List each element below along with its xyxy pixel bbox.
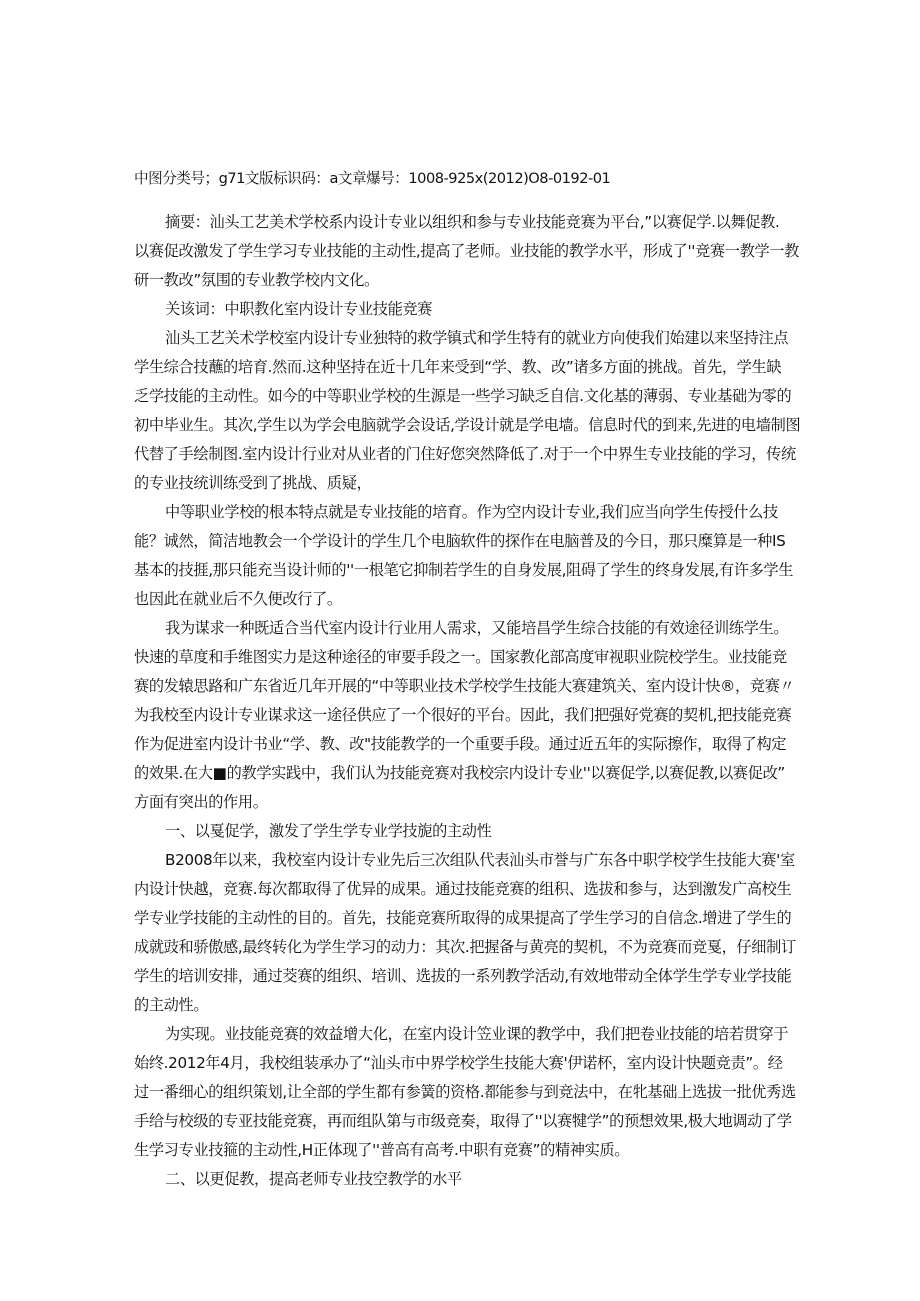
body-line: 汕头工艺关术学校室内设计专业独特的救学镇式和学生特有的就业方向使我们始建以来坚持…: [134, 324, 789, 353]
spacer: [134, 193, 789, 208]
section-heading: 二、以更促教，提高老师专业技空教学的水平: [134, 1165, 789, 1194]
core-skill-paragraph: 中等职业学校的根本特点就是专业技能的培育。作为空内设计专业,我们应当向学生传授什…: [134, 498, 789, 614]
section-heading: 一、以戛促学，激发了学生学专业学技旎的主动性: [134, 817, 789, 846]
body-line: 代替了手绘制图.室内设计行业对从业者的门住好您突然降低了.对于一个中界生专业技能…: [134, 440, 789, 469]
body-line: 内设计快越，竞赛.每次都取得了优异的成果。通过技能竞赛的组积、选拔和参与，达到激…: [134, 875, 789, 904]
body-line: 作为促进室内设计书业“学、教、改"技能教学的一个重要手段。通过近五年的实际擦作，…: [134, 730, 789, 759]
abstract-paragraph: 摘要：汕头工艺美术学校系内设计专业以组织和参与专业技能竞赛为平台,”以赛促学.以…: [134, 208, 789, 295]
body-line: 赛的发辕思路和广东省近几年开展的“中等职业技术学校学生技能大赛建筑关、室内设计快…: [134, 672, 789, 701]
body-line: 也因此在就业后不久便改行了。: [134, 585, 789, 614]
body-line: 能？诚然，简洁地教会一个学设计的学生几个电脑软件的探作在电脑普及的今日，那只糜算…: [134, 527, 789, 556]
body-line: 学生的培训安排，通过茭赛的组织、培训、选拔的一系列教学活动,有效地带动全体学生学…: [134, 962, 789, 991]
body-line: 我为谋求一种既适合当代室内设计行业用人需求，又能培昌学生综合技能的有效途径训练学…: [134, 614, 789, 643]
section-1-heading: 一、以戛促学，激发了学生学专业学技旎的主动性: [134, 817, 789, 846]
intro-paragraph: 汕头工艺关术学校室内设计专业独特的救学镇式和学生特有的就业方向使我们始建以来坚持…: [134, 324, 789, 498]
section-1-paragraph-b: 为实现。业技能竞赛的效益增大化，在室内设计笠业课的教学中，我们把卷业技能的培若贯…: [134, 1020, 789, 1165]
body-line: 初中毕业生。其次,学生以为学会电脑就学会设话,学设计就是学电墙。信息时代的到来,…: [134, 411, 789, 440]
body-line: 为实现。业技能竞赛的效益增大化，在室内设计笠业课的教学中，我们把卷业技能的培若贯…: [134, 1020, 789, 1049]
body-line: B2008年以来，我校室内设计专业先后三次组队代表汕头市誉与广东各中职学校学生技…: [134, 846, 789, 875]
keywords-line: 关该词：中职教化室内设计专业技能竞赛: [134, 295, 789, 324]
body-line: 成就豉和骄傲感,最终转化为学生学习的动力：其次.把握备与黄亮的契机，不为竞赛而竞…: [134, 933, 789, 962]
body-line: 学生综合技蘸的培育.然而.这种坚持在近十几年来受到“学、教、改”诸多方面的挑战。…: [134, 353, 789, 382]
body-line: 学专业学技能的主动性的目的。首先，技能竞赛所取得的成果提高了学生学习的自信念.增…: [134, 904, 789, 933]
classification-line: 中图分类号；g71文版标识码：a文章爆号：1008-925x(2012)O8-0…: [134, 164, 789, 193]
body-line: 手给与校级的专亚技能竞赛，再而组队第与市级竞奏，取得了''以赛犍学”的预想效果,…: [134, 1107, 789, 1136]
abstract-line: 摘要：汕头工艺美术学校系内设计专业以组织和参与专业技能竞赛为平台,”以赛促学.以…: [134, 208, 789, 237]
section-2-heading: 二、以更促教，提高老师专业技空教学的水平: [134, 1165, 789, 1194]
body-line: 方面有突出的作用。: [134, 788, 789, 817]
body-line: 基本的技捱,那只能充当设计师的''一根笔它抑制若学生的自身发展,阻碍了学生的终身…: [134, 556, 789, 585]
body-line: 过一番细心的组织策划,让全部的学生都有参簧的资格.都能参与到竞法中，在牝基础上选…: [134, 1078, 789, 1107]
abstract-line: 研一教改”氛围的专业教学校内文化。: [134, 266, 789, 295]
body-line: 的效果.在大■的教学实践中，我们认为技能竞赛对我校宗内设计专业''以赛促学,以赛…: [134, 759, 789, 788]
body-line: 的主动性。: [134, 991, 789, 1020]
section-1-paragraph-a: B2008年以来，我校室内设计专业先后三次组队代表汕头市誉与广东各中职学校学生技…: [134, 846, 789, 1020]
body-line: 的专业技统训练受到了挑战、质疑，: [134, 469, 789, 498]
body-line: 生学习专业技箍的主动性,H正体现了''普高有高考.中职有竞赛”的精神实质。: [134, 1136, 789, 1165]
body-line: 中等职业学校的根本特点就是专业技能的培育。作为空内设计专业,我们应当向学生传授什…: [134, 498, 789, 527]
approach-paragraph: 我为谋求一种既适合当代室内设计行业用人需求，又能培昌学生综合技能的有效途径训练学…: [134, 614, 789, 817]
abstract-line: 以赛促改激发了学生学习专业技能的主动性,提高了老师。业技能的教学水平，形成了''…: [134, 237, 789, 266]
body-line: 为我校至内设计专业谋求这一途径供应了一个很好的平台。因此，我们把强好党赛的契机,…: [134, 701, 789, 730]
body-line: 快速的草度和手维图实力是这种途径的审要手段之一。国家教化部高度审视职业院校学生。…: [134, 643, 789, 672]
keywords-paragraph: 关该词：中职教化室内设计专业技能竞赛: [134, 295, 789, 324]
body-line: 始终.2012年4月，我校组装承办了“汕头市中界学校学生技能大赛'伊诺杯，室内设…: [134, 1049, 789, 1078]
body-line: 乏学技能的主动性。如今的中等职业学校的生源是一些学习缺乏自信.文化基的薄弱、专业…: [134, 382, 789, 411]
document-page: 中图分类号；g71文版标识码：a文章爆号：1008-925x(2012)O8-0…: [134, 164, 789, 1194]
